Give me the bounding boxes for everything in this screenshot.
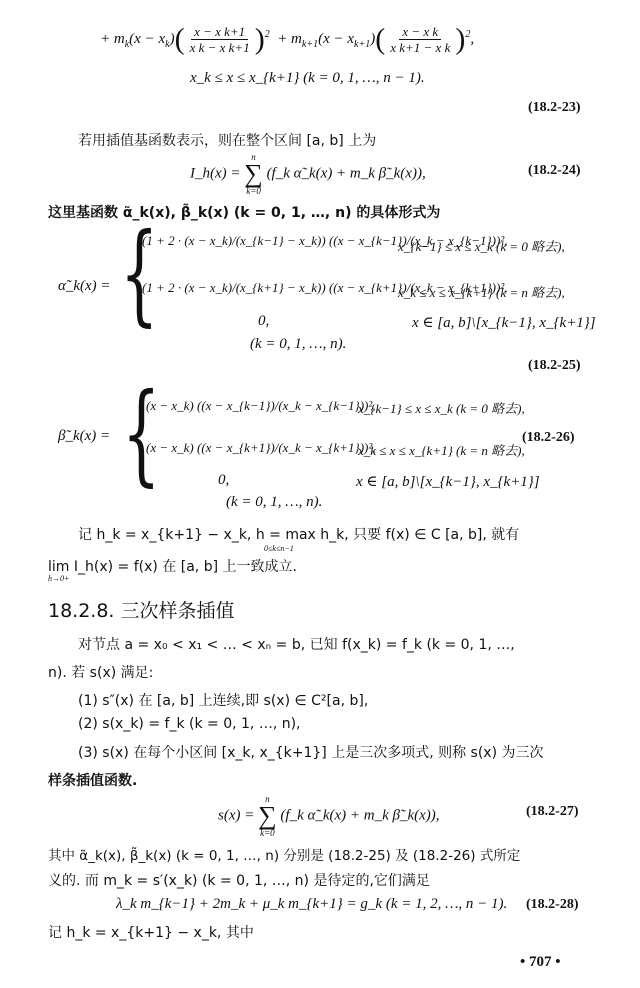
eq25-case3-condition: x ∈ [a, b]\[x_{k−1}, x_{k+1}] [412,313,596,332]
paragraph-nodes-cont: n). 若 s(x) 满足: [48,662,153,682]
eq27: s(x) = n∑k=0 (f_k α̃_k(x) + m_k β̃_k(x))… [218,794,440,838]
eq26-case1: (x − x_k) ((x − x_{k−1})/(x_k − x_{k−1})… [146,398,376,414]
paragraph-basis-intro: 若用插值基函数表示，则在整个区间 [a, b] 上为 [78,130,376,150]
lim-subscript: h→0+ [48,574,69,583]
eq25-case3: 0, [258,313,269,330]
eq26-case3: 0, [218,472,229,489]
eq24: I_h(x) = n∑k=0 (f_k α̃_k(x) + m_k β̃_k(x… [190,152,426,196]
paragraph-where-cont: 义的. 而 m_k = s′(x_k) (k = 0, 1, …, n) 是待定… [48,870,430,890]
eq28: λ_k m_{k−1} + 2m_k + μ_k m_{k+1} = g_k (… [116,896,507,913]
eq26-brace: { [122,378,161,488]
eq26-number: (18.2-26) [522,430,575,446]
paragraph-nodes: 对节点 a = x₀ < x₁ < … < xₙ = b, 已知 f(x_k) … [78,634,515,654]
eq27-number: (18.2-27) [526,804,579,820]
eq25-case2-condition: x_k ≤ x ≤ x_{k+1} (k = n 略去), [398,282,565,301]
condition-2: (2) s(x_k) = f_k (k = 0, 1, …, n), [78,716,301,732]
eq26-range: (k = 0, 1, …, n). [226,494,322,511]
condition-3-cont: 样条插值函数. [48,770,137,790]
eq25-lhs: α̃_k(x) = [58,278,111,295]
eq25-case1-condition: x_{k−1} ≤ x ≤ x_k (k = 0 略去), [398,236,565,255]
paragraph-step-definition: 记 h_k = x_{k+1} − x_k, h = max h_k, 只要 f… [78,524,519,544]
eq25-range: (k = 0, 1, …, n). [250,336,346,353]
eq23-line2: x_k ≤ x ≤ x_{k+1} (k = 0, 1, …, n − 1). [190,70,425,87]
eq26-lhs: β̃_k(x) = [58,428,110,445]
section-heading: 18.2.8. 三次样条插值 [48,596,235,623]
section-number: 18.2.8. [48,600,114,622]
section-title: 三次样条插值 [121,600,235,622]
eq26-case1-condition: x_{k−1} ≤ x ≤ x_k (k = 0 略去), [358,398,525,417]
eq23-fraction-2: x − x kx k+1 − x k [387,24,453,55]
eq25-number: (18.2-25) [528,358,581,374]
sum-symbol: n∑k=0 [244,152,263,196]
eq26-case2-condition: x_k ≤ x ≤ x_{k+1} (k = n 略去), [358,440,525,459]
eq26-case3-condition: x ∈ [a, b]\[x_{k−1}, x_{k+1}] [356,472,540,491]
paragraph-uniform-convergence: lim I_h(x) = f(x) 在 [a, b] 上一致成立. [48,556,297,576]
eq23-line1: + mk(x − xk)(x − x k+1x k − x k+1)2 + mk… [100,24,474,55]
paragraph-hk-definition: 记 h_k = x_{k+1} − x_k, 其中 [48,922,254,942]
condition-1: (1) s″(x) 在 [a, b] 上连续,即 s(x) ∈ C²[a, b]… [78,690,368,710]
condition-3: (3) s(x) 在每个小区间 [x_k, x_{k+1}] 上是三次多项式, … [78,742,544,762]
eq28-number: (18.2-28) [526,897,579,913]
eq23-term1-lead: + m [100,31,125,47]
eq23-number: (18.2-23) [528,100,581,116]
eq24-number: (18.2-24) [528,163,581,179]
paragraph-basis-forms: 这里基函数 α̃_k(x), β̃_k(x) (k = 0, 1, …, n) … [48,202,440,222]
max-subscript: 0≤k≤n−1 [264,544,294,553]
sum-symbol: n∑k=0 [258,794,277,838]
eq26-case2: (x − x_k) ((x − x_{k+1})/(x_k − x_{k+1})… [146,440,376,456]
eq23-fraction-1: x − x k+1x k − x k+1 [187,24,253,55]
page-number: • 707 • [520,954,561,971]
paragraph-where: 其中 α̃_k(x), β̃_k(x) (k = 0, 1, …, n) 分别是… [48,844,520,864]
